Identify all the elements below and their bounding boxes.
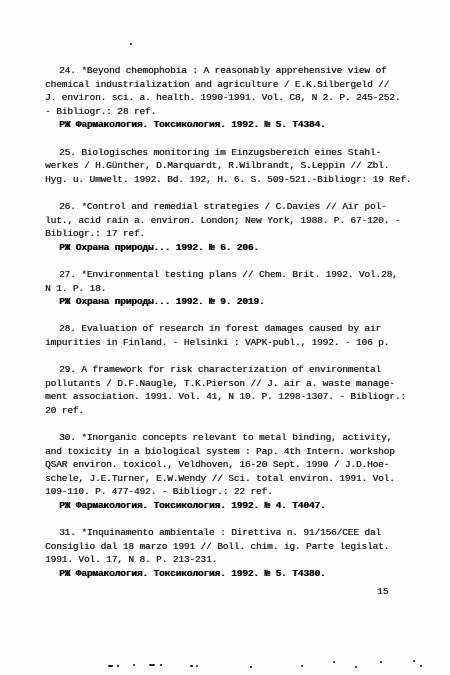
entry-line: 25. Biologisches monitoring im Einzugsbe… (45, 146, 420, 160)
entry-line: 20 ref. (45, 404, 420, 418)
entry-line: chemical industrialization and agricultu… (45, 78, 420, 92)
bibliography-entry-30: 30. *Inorganic concepts relevant to meta… (45, 431, 420, 513)
bibliography-entry-25: 25. Biologisches monitoring im Einzugsbe… (45, 146, 420, 187)
scan-speckle (160, 664, 162, 666)
entry-line: Hyg. u. Umwelt. 1992. Bd. 192, H. 6. S. … (45, 173, 420, 187)
scan-speckle (133, 664, 135, 666)
entry-line: - Bibliogr.: 28 ref. (45, 105, 420, 119)
entry-line: 28. Evaluation of research in forest dam… (45, 322, 420, 336)
entry-line: werkes / H.Günther, D.Marquardt, R.Wilbr… (45, 159, 420, 173)
scan-speckle (301, 665, 303, 667)
entry-line: QSAR environ. toxicol., Veldhoven, 16-20… (45, 458, 420, 472)
entry-line: N 1. P. 18. (45, 282, 420, 296)
entry-line: 109-110. P. 477-492. - Bibliogr.: 22 ref… (45, 485, 420, 499)
bibliography-entry-24: 24. *Beyond chemophobia : A reasonably a… (45, 64, 420, 132)
entry-line: 24. *Beyond chemophobia : A reasonably a… (45, 64, 420, 78)
bibliography-entry-29: 29. A framework for risk characterizatio… (45, 363, 420, 417)
entry-line: 31. *Inquinamento ambientale : Direttiva… (45, 526, 420, 540)
scan-speckle (380, 661, 382, 663)
entry-line: pollutants / D.F.Naugle, T.K.Pierson // … (45, 377, 420, 391)
scan-speckle (130, 43, 132, 45)
entry-line: lut., acid rain a. environ. London; New … (45, 214, 420, 228)
scan-speckle (108, 665, 113, 667)
scan-speckle (228, 92, 229, 93)
scan-speckle (250, 666, 252, 668)
scan-speckle (420, 665, 422, 667)
entry-line: ment association. 1991. Vol. 41, N 10. P… (45, 390, 420, 404)
scan-speckle (190, 665, 193, 667)
scan-speckle (355, 666, 357, 668)
entry-line: 26. *Control and remedial strategies / C… (45, 200, 420, 214)
entry-line: Bibliogr.: 17 ref. (45, 227, 420, 241)
referative-journal-line: РЖ Охрана природы... 1992. № 6. 206. (45, 241, 420, 255)
referative-journal-line: РЖ Охрана природы... 1992. № 9. 2019. (45, 295, 420, 309)
entry-line: 29. A framework for risk characterizatio… (45, 363, 420, 377)
entry-line: schele, J.E.Turner, E.W.Wendy // Sci. to… (45, 472, 420, 486)
referative-journal-line: РЖ Фармакология. Токсикология. 1992. № 4… (45, 499, 420, 513)
entry-line: 27. *Environmental testing plans // Chem… (45, 268, 420, 282)
scan-speckle (333, 661, 335, 663)
scan-speckle (413, 660, 415, 662)
bibliography-entry-26: 26. *Control and remedial strategies / C… (45, 200, 420, 254)
scan-speckle (117, 665, 119, 667)
scanned-page: 24. *Beyond chemophobia : A reasonably a… (0, 0, 450, 675)
entry-line: and toxicity in a biological system : Pa… (45, 445, 420, 459)
bibliography-list: 24. *Beyond chemophobia : A reasonably a… (45, 64, 420, 594)
referative-journal-line: РЖ Фармакология. Токсикология. 1992. № 5… (45, 567, 420, 581)
bibliography-entry-28: 28. Evaluation of research in forest dam… (45, 322, 420, 349)
scan-speckle (210, 300, 211, 301)
page-number: 15 (377, 586, 388, 597)
entry-line: 1991. Vol. 17, N 8. P. 213-231. (45, 553, 420, 567)
entry-line: J. environ. sci. a. health. 1990-1991. V… (45, 91, 420, 105)
bibliography-entry-27: 27. *Environmental testing plans // Chem… (45, 268, 420, 309)
entry-line: Consiglio dal 18 marzo 1991 // Boll. chi… (45, 540, 420, 554)
scan-speckle (149, 664, 155, 666)
entry-line: impurities in Finland. - Helsinki : VAPK… (45, 336, 420, 350)
entry-line: 30. *Inorganic concepts relevant to meta… (45, 431, 420, 445)
referative-journal-line: РЖ Фармакология. Токсикология. 1992. № 5… (45, 118, 420, 132)
bibliography-entry-31: 31. *Inquinamento ambientale : Direttiva… (45, 526, 420, 580)
scan-speckle (196, 665, 198, 667)
